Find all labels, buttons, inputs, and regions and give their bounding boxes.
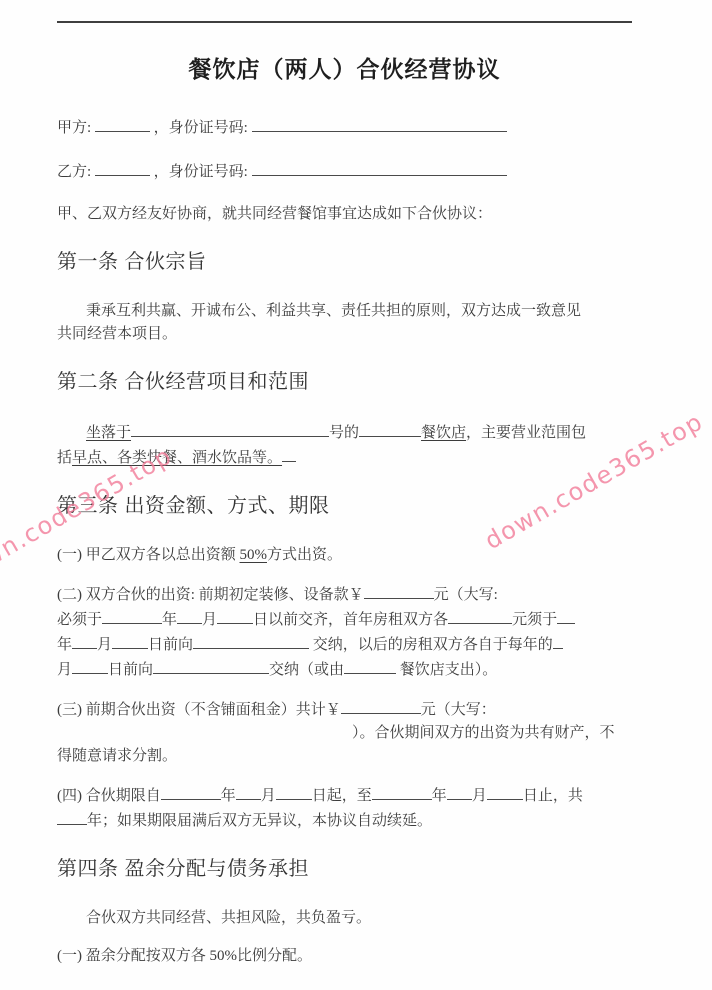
text-run: ，主要营业范围包 — [466, 425, 586, 441]
text-run: 日以前交齐，首年房租双方各 — [253, 612, 448, 628]
text-run: 月 — [202, 612, 217, 628]
blank-field — [72, 657, 108, 674]
text-run: 元须于 — [512, 612, 557, 628]
document-line: (三) 前期合伙出资（不含铺面租金）共计￥元（大写： — [57, 697, 632, 722]
text-run: 年 — [162, 612, 177, 628]
document-title: 餐饮店（两人）合伙经营协议 — [57, 53, 632, 85]
document-line: 秉承互利共赢、开诚布公、利益共享、责任共担的原则，双方达成一致意见 — [57, 300, 632, 323]
header-rule — [57, 21, 632, 23]
text-run: 元（大写: — [434, 587, 498, 603]
document-line: 年月日前向 交纳，以后的房租双方各自于每年的 — [57, 632, 632, 657]
blank-field — [282, 445, 296, 462]
text-run: 号的 — [329, 425, 359, 441]
blank-field — [112, 632, 148, 649]
blank-field — [72, 632, 97, 649]
section-4-para: 合伙双方共同经营、共担风险，共负盈亏。 — [57, 907, 632, 930]
document-line: 必须于年月日以前交齐，首年房租双方各元须于 — [57, 607, 632, 632]
indent-spacer — [57, 736, 352, 737]
blank-field — [57, 808, 87, 825]
blank-field — [95, 115, 150, 132]
blank-field — [161, 783, 221, 800]
section-4-item-1: (一) 盈余分配按双方各 50%比例分配。 — [57, 945, 632, 968]
document-line: 得随意请求分割。 — [57, 745, 632, 768]
text-run: ，身份证号码: — [150, 164, 252, 180]
section-2-para: 坐落于号的餐饮店，主要营业范围包括早点、各类快餐、酒水饮品等。 — [57, 420, 632, 470]
party-a-line: 甲方: ，身份证号码: — [57, 115, 632, 140]
blank-field — [252, 115, 507, 132]
text-run: 括 — [57, 450, 72, 466]
text-run: (一) 甲乙双方各以总出资额 — [57, 547, 240, 563]
blank-field — [341, 697, 421, 714]
underlined-text-run: 餐饮店 — [421, 425, 466, 441]
text-run: 年；如果期限届满后双方无异议，本协议自动续延。 — [87, 813, 432, 829]
section-3-item-1: (一) 甲乙双方各以总出资额 50%方式出资。 — [57, 544, 632, 567]
document-content: 餐饮店（两人）合伙经营协议 甲方: ，身份证号码: 乙方: ，身份证号码: 甲、… — [0, 21, 712, 968]
document-line: 括早点、各类快餐、酒水饮品等。 — [57, 445, 632, 470]
document-line: (二) 双方合伙的出资: 前期初定装修、设备款￥元（大写: — [57, 582, 632, 607]
text-run: 月 — [261, 788, 276, 804]
indent-spacer — [57, 921, 86, 922]
document-line: 甲方: ，身份证号码: — [57, 115, 632, 140]
document-line: 甲、乙双方经友好协商，就共同经营餐馆事宜达成如下合伙协议： — [57, 203, 632, 226]
underlined-text-run: 50% — [240, 547, 268, 563]
document-line: (四) 合伙期限自年月日起，至年月日止，共 — [57, 783, 632, 808]
text-run: 乙方: — [57, 164, 95, 180]
section-2-heading: 第二条 合伙经营项目和范围 — [57, 368, 632, 396]
blank-field — [236, 783, 261, 800]
section-3-item-4: (四) 合伙期限自年月日起，至年月日止，共年；如果期限届满后双方无异议，本协议自… — [57, 783, 632, 833]
blank-field — [557, 607, 575, 624]
document-line: (一) 盈余分配按双方各 50%比例分配。 — [57, 945, 632, 968]
text-run: 甲、乙双方经友好协商，就共同经营餐馆事宜达成如下合伙协议： — [57, 206, 492, 222]
blank-field — [344, 657, 396, 674]
text-run: 元（大写： — [421, 702, 496, 718]
text-run: 日前向 — [108, 662, 153, 678]
document-line: (一) 甲乙双方各以总出资额 50%方式出资。 — [57, 544, 632, 567]
document-page: down.code365.top down.code365.top 餐饮店（两人… — [0, 0, 712, 990]
blank-field — [95, 159, 150, 176]
blank-field — [193, 632, 309, 649]
underlined-text-run: 坐落于 — [86, 425, 131, 441]
party-b-line: 乙方: ，身份证号码: — [57, 159, 632, 184]
text-run: (三) 前期合伙出资（不含铺面租金）共计￥ — [57, 702, 341, 718]
intro-line: 甲、乙双方经友好协商，就共同经营餐馆事宜达成如下合伙协议： — [57, 203, 632, 226]
text-run: ）。合伙期间双方的出资为共有财产，不 — [352, 725, 615, 741]
text-run: 月 — [472, 788, 487, 804]
text-run: 月 — [97, 637, 112, 653]
blank-field — [372, 783, 432, 800]
blank-field — [487, 783, 523, 800]
text-run: 日起，至 — [312, 788, 372, 804]
blank-field — [102, 607, 162, 624]
document-line: ）。合伙期间双方的出资为共有财产，不 — [57, 722, 632, 745]
text-run: 日止，共 — [523, 788, 583, 804]
blank-field — [177, 607, 202, 624]
section-1-para: 秉承互利共赢、开诚布公、利益共享、责任共担的原则，双方达成一致意见共同经营本项目… — [57, 300, 632, 346]
document-line: 月日前向交纳（或由 餐饮店支出）。 — [57, 657, 632, 682]
section-1-heading: 第一条 合伙宗旨 — [57, 248, 632, 276]
document-body: 甲方: ，身份证号码: 乙方: ，身份证号码: 甲、乙双方经友好协商，就共同经营… — [57, 115, 632, 968]
document-line: 坐落于号的餐饮店，主要营业范围包 — [57, 420, 632, 445]
text-run: 餐饮店支出）。 — [396, 662, 497, 678]
blank-field — [276, 783, 312, 800]
text-run: 年 — [221, 788, 236, 804]
document-line: 合伙双方共同经营、共担风险，共负盈亏。 — [57, 907, 632, 930]
blank-field — [252, 159, 507, 176]
text-run: 年 — [432, 788, 447, 804]
blank-field — [364, 582, 434, 599]
section-3-heading: 第三条 出资金额、方式、期限 — [57, 492, 632, 520]
text-run: (四) 合伙期限自 — [57, 788, 161, 804]
section-4-heading: 第四条 盈余分配与债务承担 — [57, 855, 632, 883]
text-run: 得随意请求分割。 — [57, 748, 177, 764]
text-run: 交纳（或由 — [269, 662, 344, 678]
indent-spacer — [57, 436, 86, 437]
text-run: 必须于 — [57, 612, 102, 628]
text-run: 甲方: — [57, 120, 95, 136]
blank-field — [217, 607, 253, 624]
text-run: (二) 双方合伙的出资: 前期初定装修、设备款￥ — [57, 587, 364, 603]
text-run: 年 — [57, 637, 72, 653]
blank-field — [553, 632, 563, 649]
document-line: 乙方: ，身份证号码: — [57, 159, 632, 184]
text-run: 共同经营本项目。 — [57, 326, 177, 342]
blank-field — [359, 420, 421, 437]
text-run: 秉承互利共赢、开诚布公、利益共享、责任共担的原则，双方达成一致意见 — [86, 303, 581, 319]
blank-field — [131, 420, 329, 437]
text-run: ，身份证号码: — [150, 120, 252, 136]
text-run: (一) 盈余分配按双方各 50%比例分配。 — [57, 948, 312, 964]
text-run: 方式出资。 — [267, 547, 342, 563]
indent-spacer — [57, 314, 86, 315]
blank-field — [153, 657, 269, 674]
underlined-text-run: 早点、各类快餐、酒水饮品等。 — [72, 450, 282, 466]
blank-field — [448, 607, 512, 624]
text-run: 日前向 — [148, 637, 193, 653]
document-line: 共同经营本项目。 — [57, 323, 632, 346]
section-3-item-2: (二) 双方合伙的出资: 前期初定装修、设备款￥元（大写:必须于年月日以前交齐，… — [57, 582, 632, 682]
text-run: 月 — [57, 662, 72, 678]
blank-field — [447, 783, 472, 800]
text-run: 交纳，以后的房租双方各自于每年的 — [309, 637, 553, 653]
document-line: 年；如果期限届满后双方无异议，本协议自动续延。 — [57, 808, 632, 833]
text-run: 合伙双方共同经营、共担风险，共负盈亏。 — [86, 910, 371, 926]
section-3-item-3: (三) 前期合伙出资（不含铺面租金）共计￥元（大写：）。合伙期间双方的出资为共有… — [57, 697, 632, 768]
